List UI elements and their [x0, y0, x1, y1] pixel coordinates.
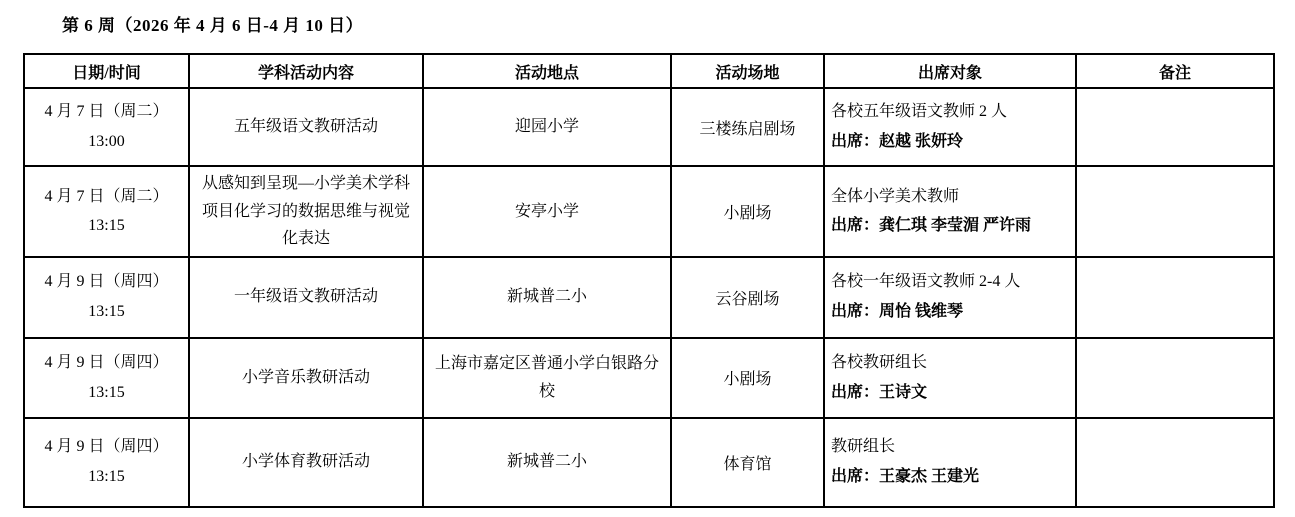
remark-cell — [1076, 166, 1274, 257]
venue-cell: 三楼练启剧场 — [671, 88, 824, 166]
attendees-cell: 全体小学美术教师 出席：龚仁琪 李莹湄 严许雨 — [824, 166, 1076, 257]
location-cell: 安亭小学 — [423, 166, 671, 257]
remark-cell — [1076, 257, 1274, 338]
date-text: 4 月 7 日（周二） — [31, 182, 182, 212]
date-time-cell: 4 月 9 日（周四） 13:15 — [24, 257, 189, 338]
attendee-names-text: 出席：王豪杰 王建光 — [831, 462, 1069, 492]
activity-cell: 小学体育教研活动 — [189, 418, 423, 507]
attendee-group-text: 各校一年级语文教师 2-4 人 — [831, 267, 1069, 297]
date-time-cell: 4 月 7 日（周二） 13:00 — [24, 88, 189, 166]
attendee-group-text: 各校五年级语文教师 2 人 — [831, 97, 1069, 127]
header-row: 日期/时间 学科活动内容 活动地点 活动场地 出席对象 备注 — [24, 54, 1274, 88]
activity-cell: 小学音乐教研活动 — [189, 338, 423, 418]
date-time-cell: 4 月 9 日（周四） 13:15 — [24, 338, 189, 418]
header-date-time: 日期/时间 — [24, 54, 189, 88]
location-cell: 迎园小学 — [423, 88, 671, 166]
time-text: 13:15 — [31, 211, 182, 241]
attendee-group-text: 各校教研组长 — [831, 348, 1069, 378]
time-text: 13:00 — [31, 127, 182, 157]
header-venue: 活动场地 — [671, 54, 824, 88]
time-text: 13:15 — [31, 378, 182, 408]
time-text: 13:15 — [31, 462, 182, 492]
attendee-names-text: 出席：王诗文 — [831, 378, 1069, 408]
activity-cell: 从感知到呈现—小学美术学科项目化学习的数据思维与视觉化表达 — [189, 166, 423, 257]
table-row: 4 月 9 日（周四） 13:15 小学音乐教研活动 上海市嘉定区普通小学白银路… — [24, 338, 1274, 418]
date-text: 4 月 9 日（周四） — [31, 432, 182, 462]
attendee-names-text: 出席：赵越 张妍玲 — [831, 127, 1069, 157]
remark-cell — [1076, 338, 1274, 418]
venue-cell: 云谷剧场 — [671, 257, 824, 338]
document: 第 6 周（2026 年 4 月 6 日-4 月 10 日） 日期/时间 学科活… — [0, 11, 1295, 508]
header-location: 活动地点 — [423, 54, 671, 88]
attendees-cell: 教研组长 出席：王豪杰 王建光 — [824, 418, 1076, 507]
schedule-table: 日期/时间 学科活动内容 活动地点 活动场地 出席对象 备注 4 月 7 日（周… — [23, 53, 1275, 508]
venue-cell: 体育馆 — [671, 418, 824, 507]
attendee-group-text: 教研组长 — [831, 432, 1069, 462]
table-row: 4 月 7 日（周二） 13:00 五年级语文教研活动 迎园小学 三楼练启剧场 … — [24, 88, 1274, 166]
time-text: 13:15 — [31, 297, 182, 327]
header-attendees: 出席对象 — [824, 54, 1076, 88]
date-time-cell: 4 月 9 日（周四） 13:15 — [24, 418, 189, 507]
activity-cell: 五年级语文教研活动 — [189, 88, 423, 166]
location-cell: 上海市嘉定区普通小学白银路分校 — [423, 338, 671, 418]
location-cell: 新城普二小 — [423, 257, 671, 338]
page-title: 第 6 周（2026 年 4 月 6 日-4 月 10 日） — [62, 11, 1295, 36]
table-row: 4 月 9 日（周四） 13:15 小学体育教研活动 新城普二小 体育馆 教研组… — [24, 418, 1274, 507]
attendees-cell: 各校五年级语文教师 2 人 出席：赵越 张妍玲 — [824, 88, 1076, 166]
remark-cell — [1076, 418, 1274, 507]
date-text: 4 月 9 日（周四） — [31, 267, 182, 297]
date-text: 4 月 9 日（周四） — [31, 348, 182, 378]
table-row: 4 月 7 日（周二） 13:15 从感知到呈现—小学美术学科项目化学习的数据思… — [24, 166, 1274, 257]
location-cell: 新城普二小 — [423, 418, 671, 507]
date-text: 4 月 7 日（周二） — [31, 97, 182, 127]
attendees-cell: 各校一年级语文教师 2-4 人 出席：周怡 钱维琴 — [824, 257, 1076, 338]
venue-cell: 小剧场 — [671, 166, 824, 257]
attendee-names-text: 出席：龚仁琪 李莹湄 严许雨 — [831, 211, 1069, 241]
activity-cell: 一年级语文教研活动 — [189, 257, 423, 338]
header-activity: 学科活动内容 — [189, 54, 423, 88]
attendee-names-text: 出席：周怡 钱维琴 — [831, 297, 1069, 327]
header-remarks: 备注 — [1076, 54, 1274, 88]
table-row: 4 月 9 日（周四） 13:15 一年级语文教研活动 新城普二小 云谷剧场 各… — [24, 257, 1274, 338]
date-time-cell: 4 月 7 日（周二） 13:15 — [24, 166, 189, 257]
venue-cell: 小剧场 — [671, 338, 824, 418]
remark-cell — [1076, 88, 1274, 166]
attendee-group-text: 全体小学美术教师 — [831, 182, 1069, 212]
attendees-cell: 各校教研组长 出席：王诗文 — [824, 338, 1076, 418]
